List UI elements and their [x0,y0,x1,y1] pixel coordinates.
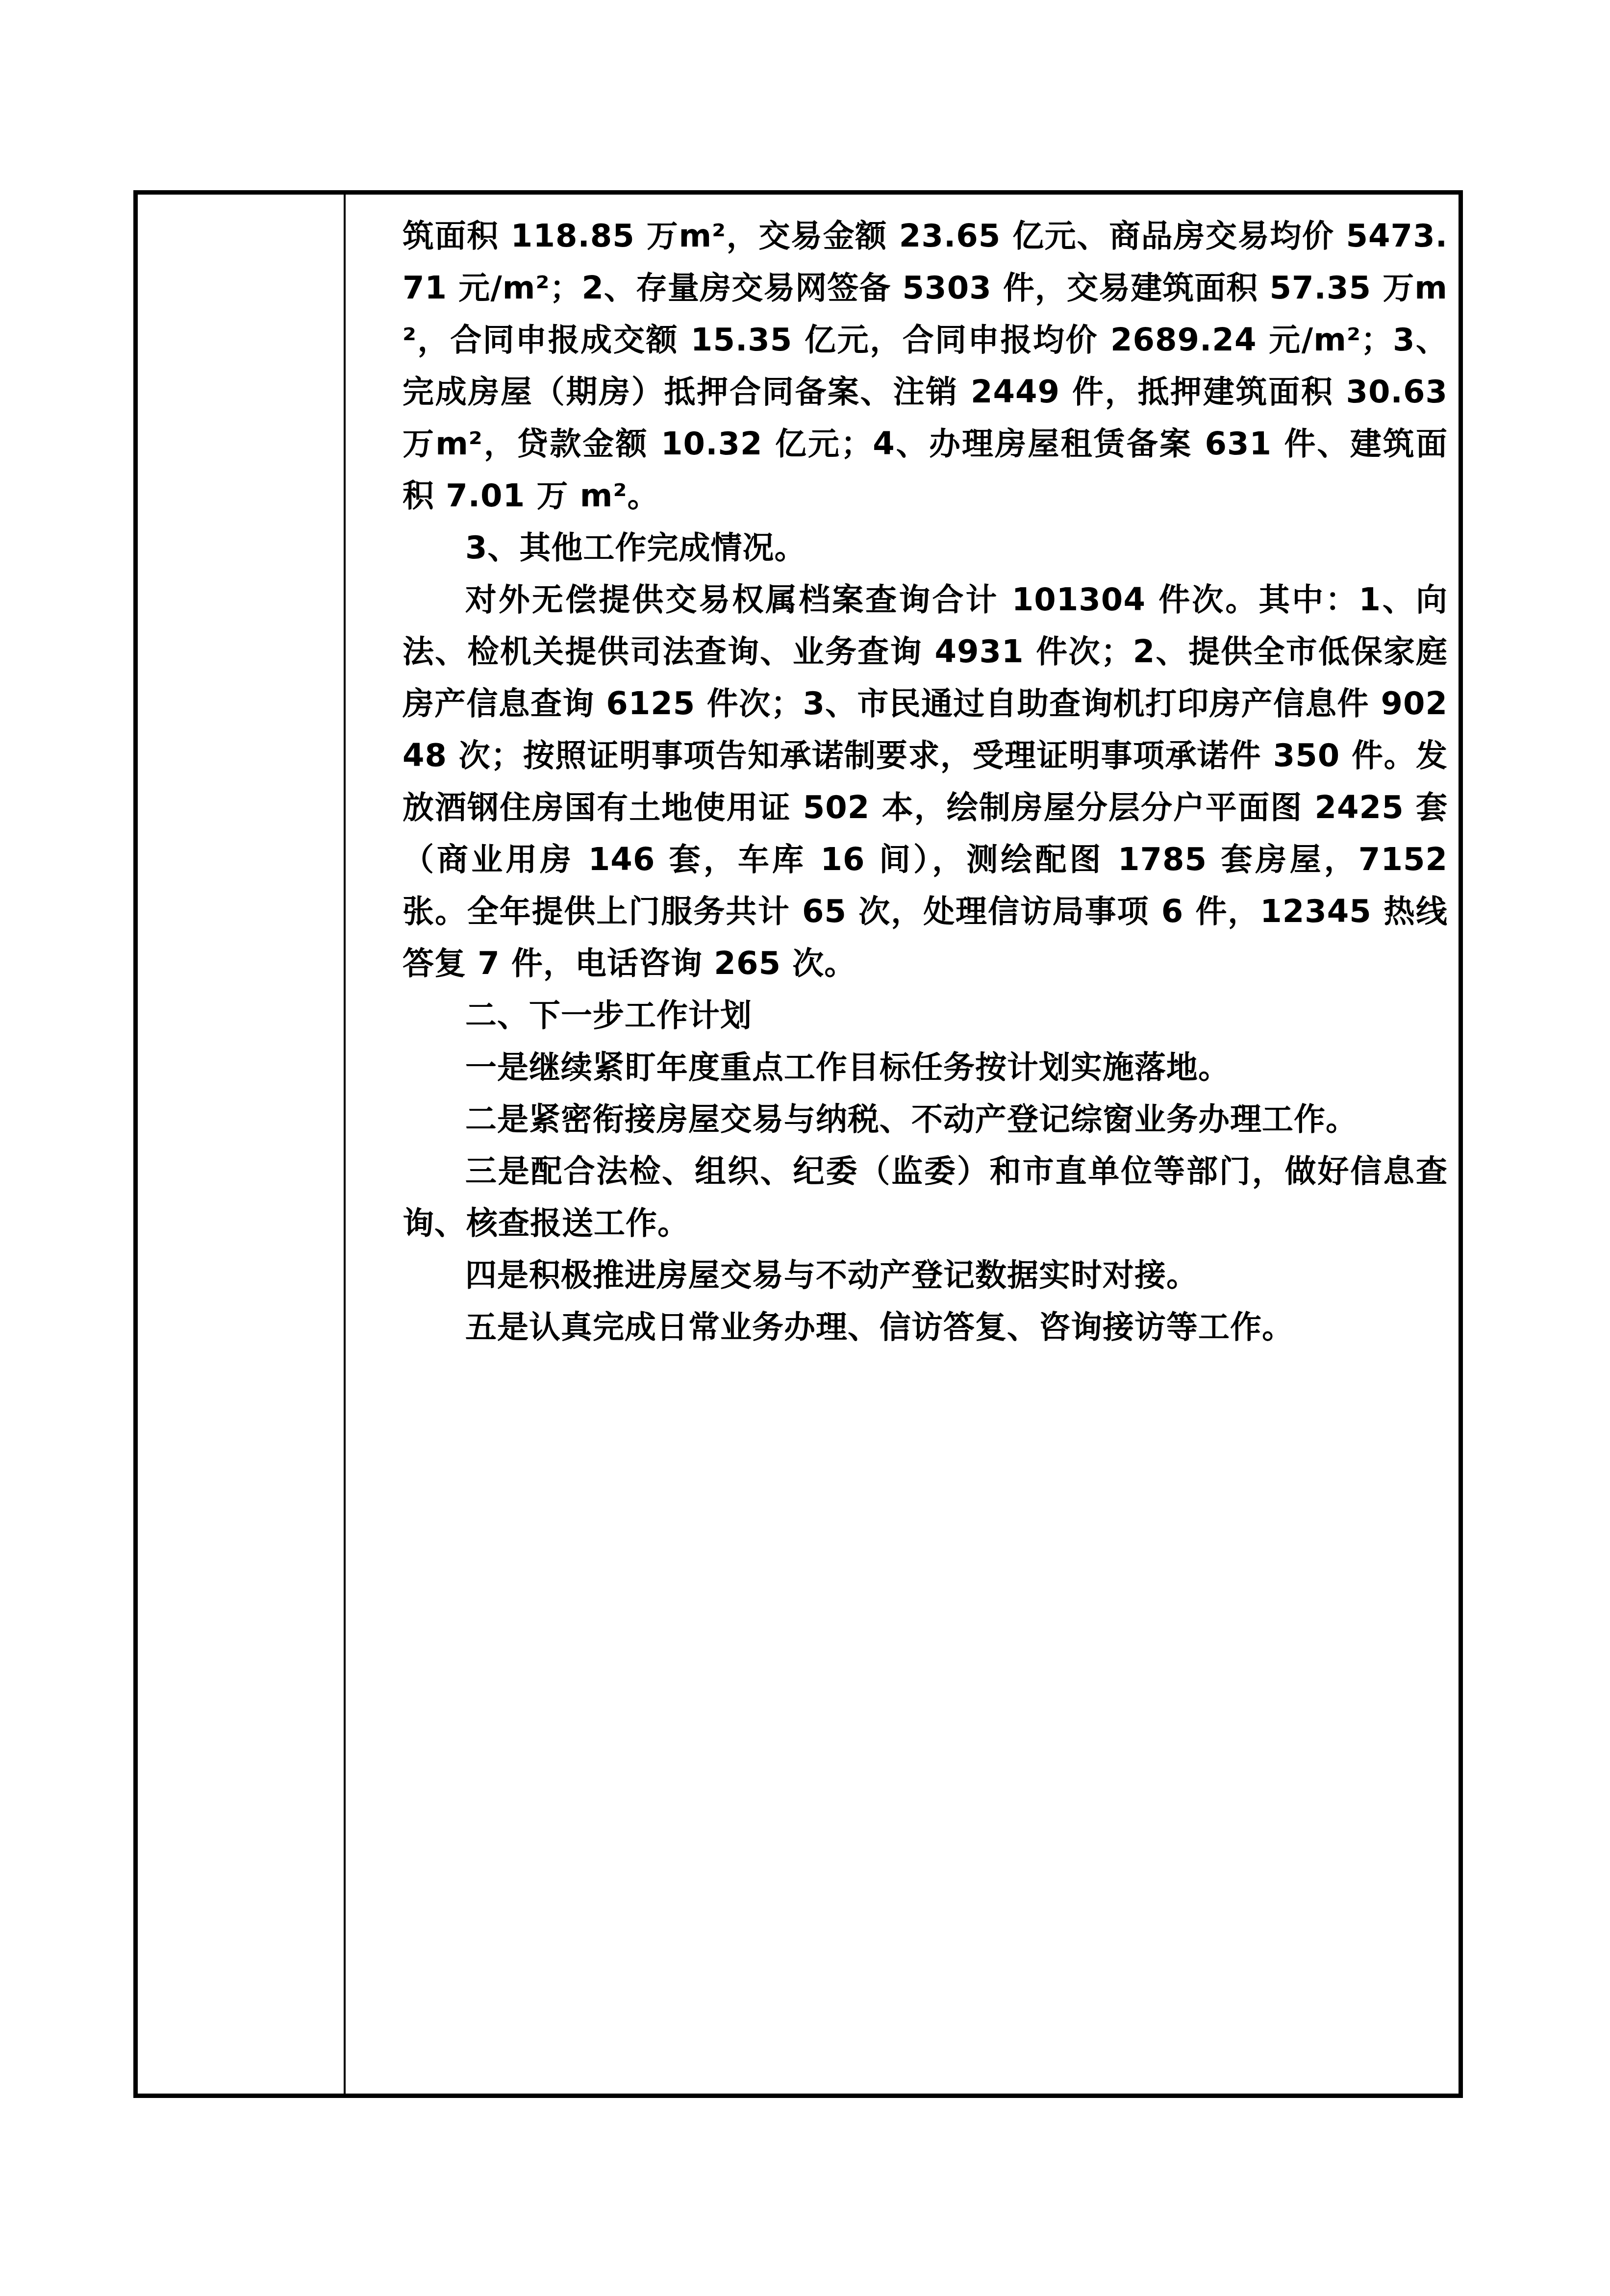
plan-item-3: 三是配合法检、组织、纪委（监委）和市直单位等部门，做好信息查询、核查报送工作。 [402,1146,1448,1249]
column-divider [344,195,346,2094]
paragraph-transaction-stats: 筑面积 118.85 万m²，交易金额 23.65 亿元、商品房交易均价 547… [402,210,1448,522]
table-left-cell [138,195,344,2094]
plan-item-5: 五是认真完成日常业务办理、信访答复、咨询接访等工作。 [402,1301,1448,1353]
heading-next-plan: 二、下一步工作计划 [402,990,1448,1042]
plan-item-1: 一是继续紧盯年度重点工作目标任务按计划实施落地。 [402,1042,1448,1094]
report-table: 筑面积 118.85 万m²，交易金额 23.65 亿元、商品房交易均价 547… [133,190,1463,2098]
plan-item-2: 二是紧密衔接房屋交易与纳税、不动产登记综窗业务办理工作。 [402,1094,1448,1146]
document-page: 筑面积 118.85 万m²，交易金额 23.65 亿元、商品房交易均价 547… [0,0,1610,2296]
table-content-cell: 筑面积 118.85 万m²，交易金额 23.65 亿元、商品房交易均价 547… [402,210,1448,1353]
paragraph-archive-queries: 对外无偿提供交易权属档案查询合计 101304 件次。其中：1、向法、检机关提供… [402,574,1448,990]
plan-item-4: 四是积极推进房屋交易与不动产登记数据实时对接。 [402,1249,1448,1301]
heading-other-work: 3、其他工作完成情况。 [402,522,1448,574]
